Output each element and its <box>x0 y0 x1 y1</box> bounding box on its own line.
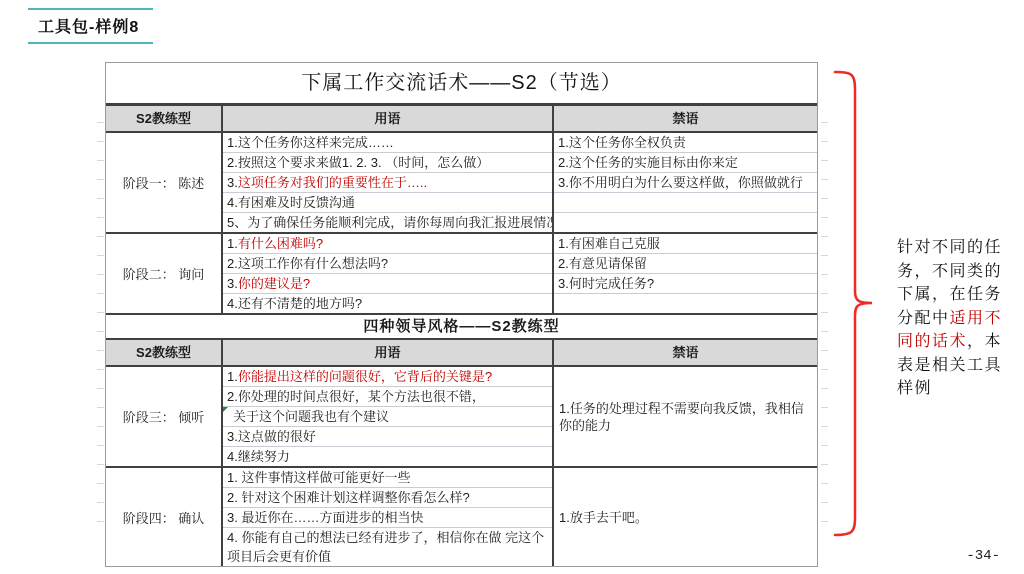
table-title: 下属工作交流话术——S2（节选） <box>106 63 817 106</box>
cell-line <box>554 294 817 313</box>
cell-text: 1.这个任务你全权负责 <box>558 135 686 150</box>
cell-text: 1.放手去干吧。 <box>559 509 648 526</box>
table-row: 阶段二： 询问1.有什么困难吗?2.这项工作你有什么想法吗?3.你的建议是?4.… <box>106 232 817 313</box>
cell-text: 针对不同的任 <box>897 239 1002 256</box>
cell-line: 1. 这件事情这样做可能更好一些 <box>223 468 552 488</box>
cell-text: 4.继续努力 <box>227 449 290 464</box>
col-header-use-phrases: 用语 <box>223 340 554 365</box>
cell-line: 2.有意见请保留 <box>554 254 817 274</box>
cell-text: 2.这项工作你有什么想法吗? <box>227 256 388 271</box>
cell-line: 4.继续努力 <box>223 447 552 466</box>
cell-text: 1. <box>227 236 238 251</box>
cell-text: 2.这个任务的实施目标由你来定 <box>558 155 738 170</box>
cell-text: 4. 你能有自己的想法已经有进步了，相信你在做 完这个 <box>227 530 544 545</box>
phrases-table: 下属工作交流话术——S2（节选） S2教练型 用语 禁语 阶段一： 陈述1.这个… <box>105 62 818 567</box>
cell-text: 3. <box>227 175 238 190</box>
cell-line: 1.有什么困难吗? <box>223 234 552 254</box>
cell-text: 5、为了确保任务能顺利完成，请你每周向我汇报进展情况 <box>227 215 552 230</box>
highlighted-text: 你的建议是? <box>238 276 310 291</box>
forbidden-phrases-cell: 1.这个任务你全权负责2.这个任务的实施目标由你来定3.你不用明白为什么要这样做… <box>554 133 817 232</box>
cell-text: 1.任务的处理过程不需要向我反馈，我相信你的能力 <box>559 400 812 434</box>
cell-line: 1.你能提出这样的问题很好，它背后的关键是? <box>223 367 552 387</box>
cell-line: 项目后会更有价值 <box>223 547 552 566</box>
cell-text: 样例 <box>897 380 932 397</box>
cell-text: 项目后会更有价值 <box>227 549 331 564</box>
cell-line: 1.这个任务你这样来完成…… <box>223 133 552 153</box>
cell-line <box>554 193 817 213</box>
slide-tag: 工具包-样例8 <box>28 8 153 44</box>
cell-text: 表是相关工具 <box>897 357 1002 374</box>
grid-stub-left <box>97 104 104 537</box>
cell-line: 3.你不用明白为什么要这样做，你照做就行 <box>554 173 817 193</box>
cell-text: 下属，在任务 <box>897 286 1002 303</box>
annotation-line: 样例 <box>897 377 1024 401</box>
cell-text: 3. 最近你在……方面进步的相当快 <box>227 510 423 525</box>
use-phrases-cell: 1.有什么困难吗?2.这项工作你有什么想法吗?3.你的建议是?4.还有不清楚的地… <box>223 234 554 313</box>
table-body-section-2: 阶段三： 倾听1.你能提出这样的问题很好，它背后的关键是?2.你处理的时间点很好… <box>106 367 817 566</box>
annotation-line: 同的话术，本 <box>897 330 1024 354</box>
cell-line: 2.你处理的时间点很好，某个方法也很不错， <box>223 387 552 407</box>
col-header-forbidden-phrases: 禁语 <box>554 106 817 131</box>
table-row: 阶段三： 倾听1.你能提出这样的问题很好，它背后的关键是?2.你处理的时间点很好… <box>106 367 817 466</box>
cell-text: 3.何时完成任务? <box>558 276 654 291</box>
cell-text: 4.有困难及时反馈沟通 <box>227 195 355 210</box>
cell-line: 3.这项任务对我们的重要性在于….. <box>223 173 552 193</box>
cell-line: 3.你的建议是? <box>223 274 552 294</box>
cell-line: 2.这个任务的实施目标由你来定 <box>554 153 817 173</box>
cell-line: 2.这项工作你有什么想法吗? <box>223 254 552 274</box>
cell-line: 4.有困难及时反馈沟通 <box>223 193 552 213</box>
cell-text: 1.有困难自己克服 <box>558 236 660 251</box>
use-phrases-cell: 1.这个任务你这样来完成……2.按照这个要求来做1. 2. 3. （时间，怎么做… <box>223 133 554 232</box>
col-header-forbidden-phrases: 禁语 <box>554 340 817 365</box>
highlighted-text: 你能提出这样的问题很好，它背后的关键是? <box>238 369 492 384</box>
cell-line: 2. 针对这个困难计划这样调整你看怎么样? <box>223 488 552 508</box>
cell-line: 1.有困难自己克服 <box>554 234 817 254</box>
phase-label: 阶段一： 陈述 <box>106 133 223 232</box>
table-header-row-2: S2教练型 用语 禁语 <box>106 340 817 367</box>
section2-title: 四种领导风格——S2教练型 <box>106 313 817 340</box>
cell-line <box>554 213 817 232</box>
cell-line: 1.这个任务你全权负责 <box>554 133 817 153</box>
phase-label: 阶段四： 确认 <box>106 468 223 566</box>
annotation-line: 务，不同类的 <box>897 260 1024 284</box>
cell-text: 3.这点做的很好 <box>227 429 316 444</box>
cell-text: 务，不同类的 <box>897 263 1002 280</box>
cell-text: 1. <box>227 369 238 384</box>
col-header-use-phrases: 用语 <box>223 106 554 131</box>
cell-line: 3. 最近你在……方面进步的相当快 <box>223 508 552 528</box>
cell-text: 3. <box>227 276 238 291</box>
cell-text: 4.还有不清楚的地方吗? <box>227 296 362 311</box>
annotation-text: 针对不同的任务，不同类的下属，在任务分配中适用不同的话术，本表是相关工具样例 <box>897 236 1024 401</box>
col-header-s2-type: S2教练型 <box>106 340 223 365</box>
cell-text: 2.按照这个要求来做1. 2. 3. （时间，怎么做） <box>227 155 489 170</box>
cell-text: 分配中 <box>897 310 950 327</box>
highlighted-text: 同的话术 <box>897 333 967 350</box>
cell-text: 1.这个任务你这样来完成…… <box>227 135 394 150</box>
table-header-row-1: S2教练型 用语 禁语 <box>106 106 817 133</box>
cell-text: 2. 针对这个困难计划这样调整你看怎么样? <box>227 490 470 505</box>
cell-text: 关于这个问题我也有个建议 <box>233 409 389 424</box>
table-row: 阶段一： 陈述1.这个任务你这样来完成……2.按照这个要求来做1. 2. 3. … <box>106 133 817 232</box>
forbidden-phrases-cell: 1.任务的处理过程不需要向我反馈，我相信你的能力 <box>554 367 817 466</box>
cell-text: 3.你不用明白为什么要这样做，你照做就行 <box>558 175 803 190</box>
forbidden-phrases-cell: 1.有困难自己克服2.有意见请保留3.何时完成任务? <box>554 234 817 313</box>
col-header-s2-type: S2教练型 <box>106 106 223 131</box>
annotation-line: 表是相关工具 <box>897 354 1024 378</box>
annotation-line: 针对不同的任 <box>897 236 1024 260</box>
cell-text: 2.你处理的时间点很好，某个方法也很不错， <box>227 389 485 404</box>
annotation-line: 下属，在任务 <box>897 283 1024 307</box>
brace-path <box>835 72 872 535</box>
highlighted-text: 这项任务对我们的重要性在于….. <box>238 175 427 190</box>
use-phrases-cell: 1. 这件事情这样做可能更好一些2. 针对这个困难计划这样调整你看怎么样?3. … <box>223 468 554 566</box>
comment-marker-icon <box>223 407 228 412</box>
cell-text: 1. 这件事情这样做可能更好一些 <box>227 470 410 485</box>
page-number: -34- <box>966 548 1000 564</box>
use-phrases-cell: 1.你能提出这样的问题很好，它背后的关键是?2.你处理的时间点很好，某个方法也很… <box>223 367 554 466</box>
annotation-line: 分配中适用不 <box>897 307 1024 331</box>
slide-tag-label: 工具包-样例8 <box>38 19 139 36</box>
table-row: 阶段四： 确认1. 这件事情这样做可能更好一些2. 针对这个困难计划这样调整你看… <box>106 466 817 566</box>
cell-text: 2.有意见请保留 <box>558 256 647 271</box>
cell-line: 关于这个问题我也有个建议 <box>223 407 552 427</box>
annotation-brace <box>820 60 890 550</box>
cell-line: 2.按照这个要求来做1. 2. 3. （时间，怎么做） <box>223 153 552 173</box>
cell-text: ，本 <box>967 333 1002 350</box>
highlighted-text: 适用不 <box>950 310 1003 327</box>
cell-line: 4. 你能有自己的想法已经有进步了，相信你在做 完这个 <box>223 528 552 547</box>
table-body-section-1: 阶段一： 陈述1.这个任务你这样来完成……2.按照这个要求来做1. 2. 3. … <box>106 133 817 313</box>
highlighted-text: 有什么困难吗? <box>238 236 323 251</box>
forbidden-phrases-cell: 1.放手去干吧。 <box>554 468 817 566</box>
cell-line: 5、为了确保任务能顺利完成，请你每周向我汇报进展情况 <box>223 213 552 232</box>
cell-line: 4.还有不清楚的地方吗? <box>223 294 552 313</box>
phase-label: 阶段二： 询问 <box>106 234 223 313</box>
phase-label: 阶段三： 倾听 <box>106 367 223 466</box>
cell-line: 3.这点做的很好 <box>223 427 552 447</box>
cell-line: 3.何时完成任务? <box>554 274 817 294</box>
